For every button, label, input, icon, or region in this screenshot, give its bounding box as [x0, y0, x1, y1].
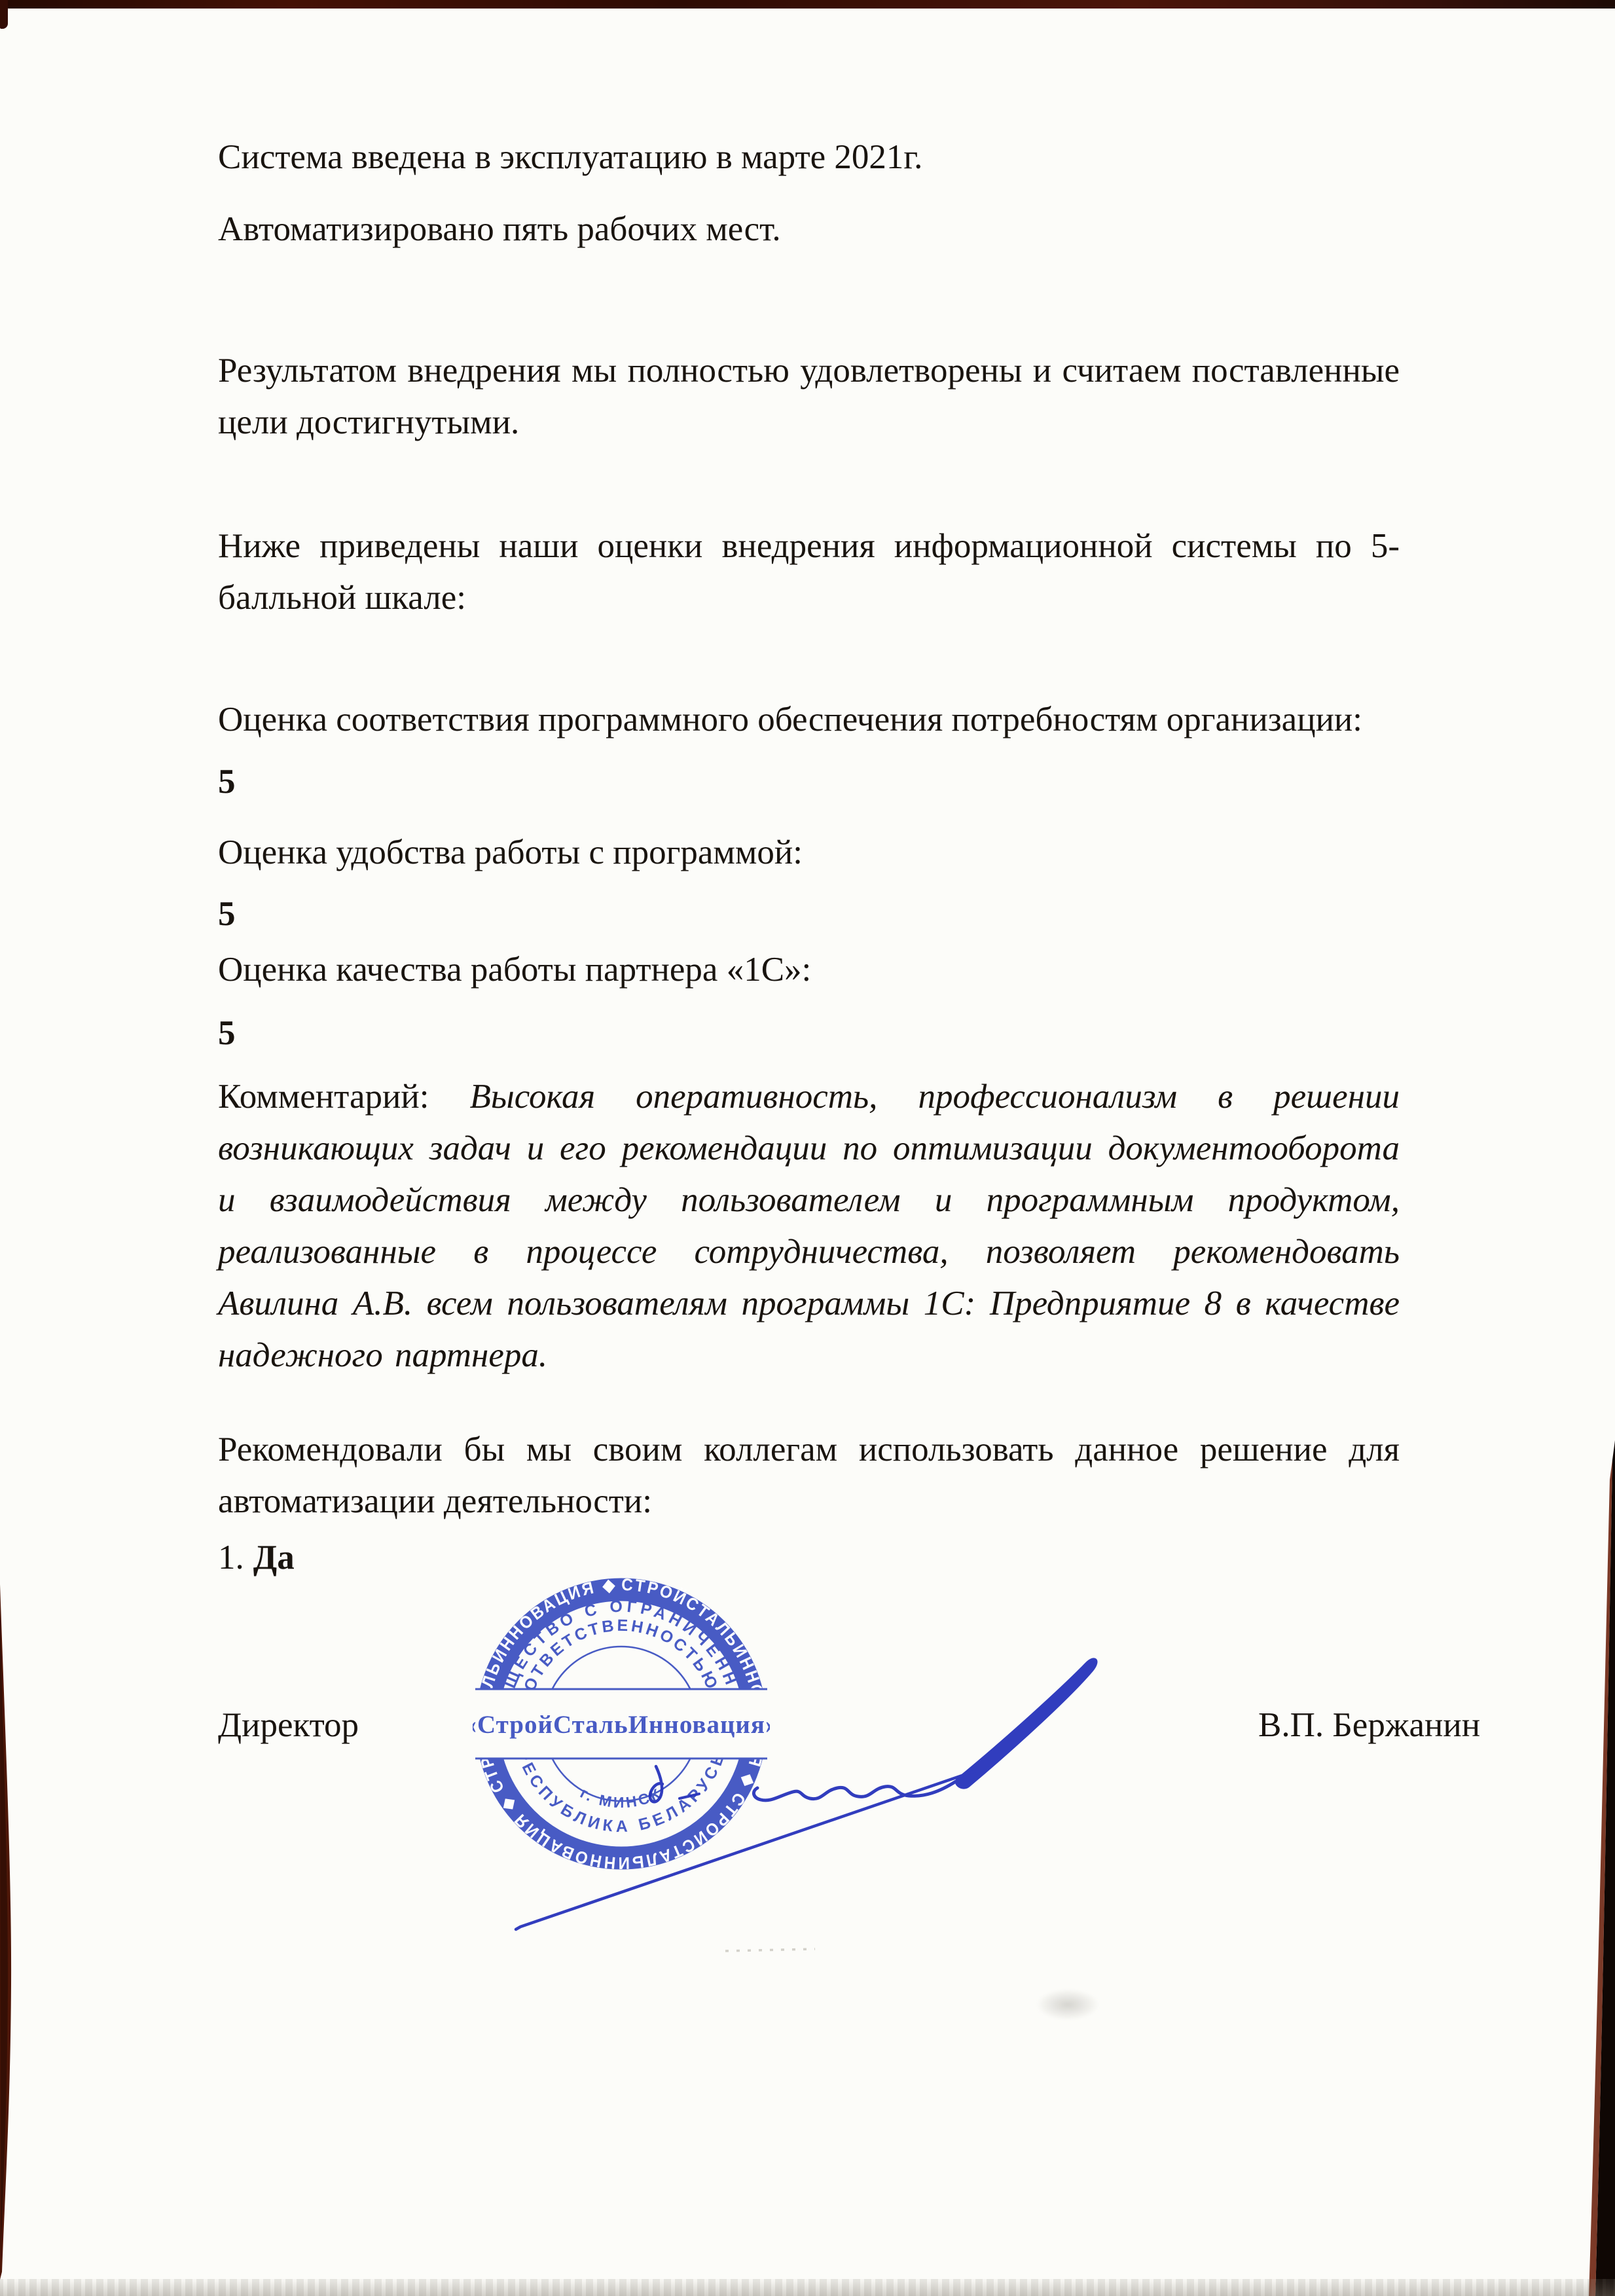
scan-corner-top-left [0, 0, 8, 29]
answer-number: 1. [218, 1539, 244, 1576]
scan-smudge [1036, 1989, 1099, 2020]
rating-usability-value: 5 [218, 888, 1400, 940]
rating-usability-label: Оценка удобства работы с программой: [218, 827, 1400, 879]
para-comment: Комментарий: Высокая оперативность, проф… [218, 1071, 1400, 1381]
pencil-marks [725, 1949, 815, 1951]
scan-edge-left [0, 1565, 17, 2296]
line-workplaces-automated: Автоматизировано пять рабочих мест. [218, 204, 1400, 255]
director-signature-ink [458, 1568, 1152, 1961]
signature-dash [680, 1794, 699, 1798]
para-satisfaction: Результатом внедрения мы полностью удовл… [218, 345, 1400, 448]
para-scale-intro: Ниже приведены наши оценки внедрения инф… [218, 520, 1400, 624]
comment-text: Высокая оперативность, профессионализм в… [218, 1078, 1400, 1374]
signature-long-stroke [516, 1771, 975, 1929]
comment-label: Комментарий: [218, 1078, 429, 1116]
line-system-launch: Система введена в эксплуатацию в марте 2… [218, 132, 1400, 183]
signature-loop [956, 1658, 1097, 1788]
rating-partner-quality-value: 5 [218, 1008, 1400, 1059]
scan-edge-right [1586, 1440, 1615, 2296]
scan-edge-bottom [0, 2279, 1615, 2296]
scan-edge-top [0, 0, 1615, 9]
rating-software-fit-value: 5 [218, 756, 1400, 808]
rating-partner-quality-label: Оценка качества работы партнера «1С»: [218, 944, 1400, 996]
answer-value: Да [253, 1539, 295, 1576]
signature-descender [650, 1766, 662, 1802]
scanned-document-page: Система введена в эксплуатацию в марте 2… [0, 0, 1615, 2296]
signer-name: В.П. Бержанин [1258, 1700, 1480, 1751]
para-recommendation: Рекомендовали бы мы своим коллегам испол… [218, 1424, 1400, 1527]
signature-zigzag [753, 1781, 956, 1800]
rating-software-fit-label: Оценка соответствия программного обеспеч… [218, 694, 1400, 746]
